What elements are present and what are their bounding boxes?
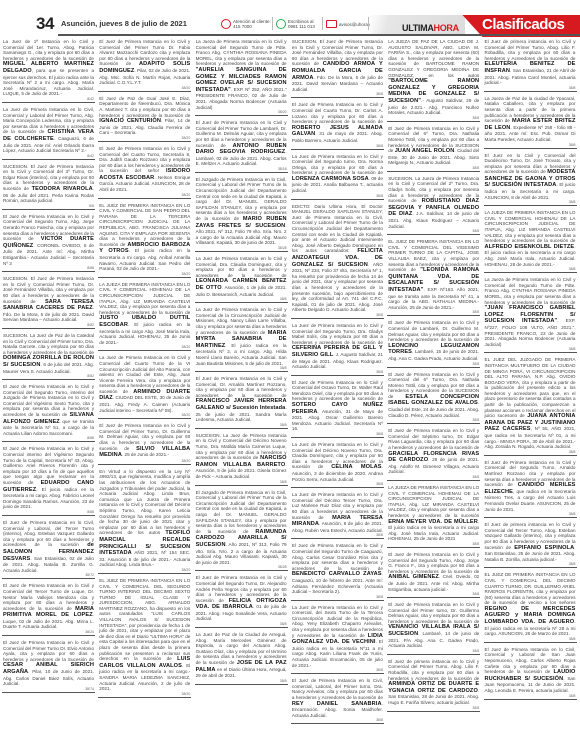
ad-code: 38/8 [388, 116, 479, 120]
classified-ad: La Juez de Primera Instancia en lo Civil… [2, 105, 95, 160]
ad-text: EL JUEZ DE PRIMERA INSTANCIA EN LO CIVIL… [99, 203, 190, 247]
ad-code: 38/20 [99, 692, 190, 696]
ad-code: 38/8 [292, 432, 383, 436]
ad-code: 38/8 [485, 143, 576, 147]
page-number: 34 [36, 14, 54, 34]
ad-text: La Jueza de Primera Instancia en lo Civi… [196, 39, 287, 66]
ad-code: 38/8 [196, 480, 287, 484]
classified-ad: LA JUEZA DE PRIMERA INSTANCIA EN LO CIVI… [484, 208, 577, 273]
classified-ad: La Juez de Primera Instancia en lo Civil… [291, 490, 384, 539]
classified-ad: El Juez de Primera Instancia en lo Civil… [98, 144, 191, 199]
brand-logo: ULTIMAHORA [402, 23, 459, 33]
column-5: LA JUEZA DE PAZ DE LA CIUDAD DE J. AUGUS… [387, 37, 480, 753]
classified-ad: La Juez de Primera Instancia en lo Civil… [195, 254, 288, 303]
ad-code: 38/8 [485, 512, 576, 516]
classified-ad: En Virtud a lo dispuesto en la Ley Nº 49… [98, 467, 191, 574]
phone-icon [221, 19, 231, 29]
ad-code: 38/8 [388, 592, 479, 596]
ad-code: 8/82 [3, 374, 94, 378]
classified-ad: SUCESION. El Juez de Primera Instancia e… [291, 37, 384, 98]
ad-text: En Virtud a lo dispuesto en la Ley Nº 49… [99, 469, 190, 536]
ad-code: 38/8 [292, 92, 383, 96]
classified-ad: La Juez de Primera Instancia en lo Civil… [291, 440, 384, 488]
ad-code: 38/28 [196, 246, 287, 250]
ad-text: El Juez de Primera Instancia en lo Civil… [3, 520, 94, 547]
divider [322, 17, 323, 30]
ad-code: 38/8 [292, 194, 383, 198]
classified-ad: El Juez de Primera Instancia en lo Civil… [387, 550, 480, 598]
decedent-name: TEODORA RIVAROLA [32, 186, 93, 192]
ad-text: El Juez de Primera Instancia en lo Civil… [388, 552, 479, 574]
classified-ad: El Juez de Primera Instancia en lo Civil… [291, 676, 384, 724]
ad-text: El Juez de Primera Instancia en lo Civil… [388, 602, 479, 624]
ad-text: La Juez de 1ª Instancia en lo Civil y Co… [3, 39, 94, 61]
ad-code: 38/8 [485, 347, 576, 351]
ad-code: 38/20 [99, 345, 190, 349]
ad-code: 38/8 [388, 310, 479, 314]
classified-ad: El Juez de Primera Instancia en lo Civil… [2, 518, 95, 579]
divider [272, 17, 273, 30]
ad-code: 38/8 [485, 200, 576, 204]
ad-code: 38/8 [196, 366, 287, 370]
ad-text: El Juzgado de Primera Instancia en lo Ci… [196, 490, 287, 534]
ad-code: 38/20 [99, 86, 190, 90]
ad-code: 38/20 [99, 568, 190, 572]
ad-code: 38/18 [196, 167, 287, 171]
decedent-name: CELINA MOLAS [331, 464, 381, 470]
classified-ad: El Juez de Primera Instancia en lo Civil… [195, 573, 288, 628]
classified-ad: El Juez de Primera Instancia en lo Civil… [484, 458, 577, 518]
ad-text: LA JUEZA DE PRIMERA INSTANCIA EN LO CIVI… [485, 210, 576, 243]
mail-icon [326, 20, 337, 28]
ad-code: 38/8 [485, 267, 576, 271]
ad-code: 38/8 [196, 297, 287, 301]
ad-code: 8/42 [3, 97, 94, 101]
ad-code: 38/8 [292, 595, 383, 599]
ad-code: 38/8 [388, 706, 479, 710]
ad-text: La Juez de Primera Instancia en lo Civil… [292, 154, 383, 176]
ad-text: SUCESION. La Juez de Paz de la Catedral … [3, 333, 94, 355]
ad-code: 38/8 [196, 423, 287, 427]
decedent-name: REGINO DE MERCEDES AGUERO y MARIA DOMING… [485, 606, 576, 625]
classified-ad: La Juez de 1ª Instancia en lo Civil y Co… [2, 37, 95, 103]
classified-ad: La Juez de Primera Instancia en lo Civil… [195, 305, 288, 372]
ad-code: 38/20 [99, 459, 190, 463]
contact-value: 0981 111 013 [288, 24, 315, 29]
ad-text: El Juez de Primera Instancia en lo Civil… [292, 678, 383, 700]
ad-text: El Juez de Primera Instancia en lo Civil… [292, 102, 383, 124]
publication-date: Asunción, jueves 8 de julio de 2021 [61, 19, 187, 28]
classified-ad: El Juez de Primera Instancia en lo Civil… [387, 370, 480, 425]
ad-code: 8/88 [3, 436, 94, 440]
ad-code: 38/8 [485, 450, 576, 454]
decedent-name: BENEDICTO CARVALLO ZAYAS [292, 571, 382, 577]
classified-ad: La Juez de Paz de la Ciudad de Arreguá, … [195, 630, 288, 685]
decedent-name: REY DANIEL SANABRIA [292, 701, 382, 707]
classified-ad: El Juez de Paz de Guaí José E. Díaz, Dep… [98, 94, 191, 142]
ad-code: 38/8 [388, 649, 479, 653]
classified-ad: LA JUEZA DE PAZ DE LA CIUDAD DE J. AUGUS… [387, 37, 480, 122]
classified-ad: El Juez de Primera Instancia en lo Civil… [98, 37, 191, 92]
ad-code: 38/8 [292, 482, 383, 486]
ad-code: 38/8 [292, 313, 383, 317]
classified-ad: El Juez de primera instancia en lo Civil… [484, 37, 577, 92]
classified-ad: La Juez de Primera Instancia en lo Civil… [291, 321, 384, 376]
contact-value: 415 7000 [233, 24, 252, 29]
classified-ad: El Juez de primera instancia en lo Civil… [387, 657, 480, 712]
ad-text: El Juez de primera instancia en lo Civil… [388, 659, 479, 681]
classified-ad: El Juzgado de Primera Instancia en lo Ci… [195, 175, 288, 252]
ad-code: 38/20 [99, 136, 190, 140]
column-6: El Juez de primera instancia en lo Civil… [484, 37, 577, 753]
column-2: El Juez de Primera Instancia en lo Civil… [98, 37, 191, 753]
ad-code: 38/8 [388, 418, 479, 422]
classified-ad: El Juez de Primera Instancia en lo Civil… [387, 426, 480, 481]
decedent-name: IGNACIO CENTURIÓN [99, 118, 161, 124]
classified-ad: El Juez de Primera Instancia en lo Civil… [2, 638, 95, 693]
classified-ad: El Juez de Primera Instancia en lo Civil… [195, 118, 288, 173]
divider [368, 17, 369, 30]
decedent-name: EPIFANIO ESPINOLA [514, 545, 574, 551]
column-3: La Jueza de Primera Instancia en lo Civi… [195, 37, 288, 753]
ad-text: El Juez de Primera Instancia en lo Civil… [292, 380, 383, 402]
decedent-name: ANIBAL GIMENEZ [388, 574, 439, 580]
ad-text: El Juez de Primera Instancia en lo Civil… [388, 428, 479, 450]
decedent-name: ERNA MEYER VDA. DE MÜLLER [388, 519, 478, 525]
column-1: La Juez de 1ª Instancia en lo Civil y Co… [2, 37, 95, 753]
section-title: Clasificados [482, 16, 564, 33]
ad-text: El Juez de Primera Instancia en lo Civil… [388, 320, 479, 342]
ad-code: 38/8 [485, 86, 576, 90]
ad-text: El Juez de Primera Instancia en lo Civil… [292, 543, 383, 570]
decedent-name: ARMINDA ORTIZ DE DUARTE E YGNACIA ORTIZ … [388, 681, 479, 694]
classified-ad: El Juez de Primera Instancia en lo Civil… [387, 600, 480, 655]
classified-ad: La Jueza de Primera Instancia en lo Civi… [484, 275, 577, 353]
classified-ad: EL JUEZ DE PRIMERA INSTANCIA EN LO CIVIL… [98, 576, 191, 698]
classified-ad: El Juez de Primera Instancia en lo Civil… [291, 541, 384, 600]
classified-ad: El Juez de Primera Instancia en lo Civil… [2, 581, 95, 636]
classified-ad: El Juez de Primera Instancia en lo Civil… [484, 645, 577, 700]
decedent-name: FRANCISCO JAVIER HERRERA GALEANO s/ Suce… [196, 398, 287, 411]
ad-code: 38/20 [99, 193, 190, 197]
classified-ad: El Juez de Primera Instancia en lo Civil… [2, 444, 95, 516]
classified-ad: El Juez de Primera Instancia en lo Civil… [195, 374, 288, 429]
ad-code: 38/8 [388, 166, 479, 170]
ad-text: EL JUEZ DE PRIMERA INSTANCIA EN LO CIVIL… [99, 578, 190, 661]
classified-ad: El Juez de primera instancia en lo Civil… [484, 520, 577, 568]
ad-code: 38/8 [485, 562, 576, 566]
ad-text: . CIUDAD DEL ESTE, 30 de Junio de 2021. … [99, 395, 190, 412]
ad-code: 38/8 [292, 718, 383, 722]
ad-code: 38/8 [485, 694, 576, 698]
whatsapp-icon [276, 19, 286, 29]
ad-code: 38/8 [388, 229, 479, 233]
ad-code: 38/8 [292, 370, 383, 374]
ad-text: EDICTO: Dario Ultima Hora, El Doctor MAN… [292, 204, 383, 254]
brand-logo-dark: ULTIMA [402, 23, 434, 33]
classifieds-columns: La Juez de 1ª Instancia en lo Civil y Co… [0, 37, 580, 756]
ad-code: 38/28 [196, 565, 287, 569]
ad-code: 38/8 [292, 144, 383, 148]
ad-text: La Juez de Primera Instancia en lo Civil… [196, 256, 287, 278]
classified-ad: EL JUEZ DE PRIMERA INSTANCIA EN LO CIVIL… [98, 201, 191, 278]
decedent-name: LORENZA CARMONA SOSA [292, 176, 369, 182]
classified-ad: El Juez de Primera Instancia en lo Civil… [387, 124, 480, 172]
ad-text: La Juez de Primera Instancia en lo Civil… [292, 323, 383, 345]
classified-ad: El Juez de Primera Instancia en lo Civil… [2, 212, 95, 272]
ad-text: LA JUEZA DE PRIMERA INSTANCIA EN LO CIVI… [99, 282, 190, 315]
ad-text: El Juzgado de Primera Instancia en lo Ci… [196, 177, 287, 221]
ad-code: 38/20 [99, 413, 190, 417]
ad-code: 8/88 [3, 266, 94, 270]
ad-text: El Juez de Primera Instancia en lo Civil… [196, 376, 287, 398]
classified-ad: El Juzgado de Primera Instancia en lo Ci… [195, 488, 288, 572]
whatsapp-contact: Escribinos al0981 111 013 [276, 17, 315, 31]
classified-ad: LA JUEZA DE PRIMERA INSTANCIA EN LO CIVI… [98, 280, 191, 352]
classified-ad: EL JUEZ DEL JUZGADO DE PRIMERA INSTANCIA… [484, 355, 577, 456]
classified-ad: La Juez de Primera Instancia en lo Civil… [291, 603, 384, 675]
classified-ad: El Juez de Primera Instancia en lo Civil… [291, 100, 384, 149]
ad-text: LA JUEZA DE PRIMERA INSTANCIA EN LO CIVI… [388, 485, 479, 518]
ad-text: LA JUEZA DE PAZ DE LA CIUDAD DE J. AUGUS… [388, 39, 479, 78]
classified-ad: EDICTO: Dario Ultima Hora, El Doctor MAN… [291, 202, 384, 319]
ad-text: EL JUEZ DE PRIMERA INSTANCIA EN LO CIVIL… [485, 572, 576, 605]
classified-ad: El Juez de Primera Instancia en lo Civil… [291, 378, 384, 438]
ad-code: 38/20 [196, 110, 287, 114]
decedent-name: JUAN ANGEL ROLON [395, 148, 455, 154]
classified-ad: SUCESION. La Juez de Primera Instancia e… [195, 431, 288, 486]
ad-text: EL JUEZ DEL JUZGADO DE PRIMERA INSTANCIA… [485, 357, 576, 418]
classified-ad: La Jueza de Primera Instancia en lo Civi… [195, 37, 288, 116]
classified-ad: SUCESION. El Juez de Primera Instancia e… [2, 274, 95, 329]
ad-text: . 25 de Junio de 2021.- [122, 452, 169, 457]
column-4: SUCESION. El Juez de Primera Instancia e… [291, 37, 384, 753]
classified-ad: La Jueza de Paz de la ciudad de Ypacaraí… [484, 94, 577, 149]
classified-ad: El Juez de Primera Instancia en lo Civil… [98, 421, 191, 465]
header-rule [58, 34, 580, 36]
ad-code: 8/82 [3, 323, 94, 327]
ad-code: 8/42 [3, 154, 94, 158]
classified-ad: EL JUEZ DE PRIMERA INSTANCIA EN LO CIVIL… [387, 237, 480, 316]
decedent-name: ALFREDO EISENKOLBL DIETZE [485, 244, 575, 250]
classified-ad: LA JUEZA DE PRIMERA INSTANCIA EN LO CIVI… [387, 483, 480, 548]
page-header: 34 Asunción, jueves 8 de julio de 2021 A… [0, 0, 580, 34]
ad-code: 8/88 [3, 510, 94, 514]
ad-code: 38/24 [3, 630, 94, 634]
ad-code: 38/8 [292, 533, 383, 537]
classified-ad: SUCESION. El Juez de Primera Instancia e… [2, 162, 95, 210]
ad-code: 38/8 [388, 475, 479, 479]
ad-code: 38/20 [99, 272, 190, 276]
ad-text: El Juez de Paz de Guaí José E. Díaz, Dep… [99, 96, 190, 118]
ad-code: 8/8 [3, 204, 94, 208]
ad-text: El Juez de primera instancia en lo Civil… [485, 39, 576, 61]
ad-code: 38/8 [196, 679, 287, 683]
classified-ad: El Juez de Primera Instancia en lo Civil… [387, 318, 480, 367]
ad-code: 38/8 [292, 668, 383, 672]
classified-ad: La Juez de Primera Instancia en lo Civil… [98, 353, 191, 419]
ad-code: 38/8 [196, 622, 287, 626]
ad-text: El Juez de Primera Instancia en lo Civil… [3, 640, 94, 662]
ad-text: La Jueza de Primera Instancia en lo Civi… [485, 277, 576, 304]
classified-ad: EL JUEZ DE PRIMERA INSTANCIA EN LO CIVIL… [484, 570, 577, 643]
classified-ad: El Juez de Primera Instancia en lo Civil… [2, 382, 95, 442]
classified-ad: SUCESION. La Jueza de Primera Instancia … [387, 174, 480, 235]
brand-logo-red: HORA [434, 23, 459, 33]
ad-code: 38/72 [3, 573, 94, 577]
ad-code: 38/8 [485, 637, 576, 641]
ad-code: 38/8 [388, 542, 479, 546]
classified-ad: La Juez de Primera Instancia en lo Civil… [291, 152, 384, 200]
classified-ad: El Juez en lo Civil y Comercial del Duod… [484, 151, 577, 207]
ad-code: 38/74 [3, 687, 94, 691]
ad-text: . AÑO 2021, Nº 234, Folio 37 vlto, Secre… [292, 262, 383, 313]
classified-ad: SUCESION. La Juez de Paz de la Catedral … [2, 331, 95, 380]
ad-code: 38/8 [388, 362, 479, 366]
customer-service-contact: Atención al cliente:415 7000 [221, 17, 271, 31]
